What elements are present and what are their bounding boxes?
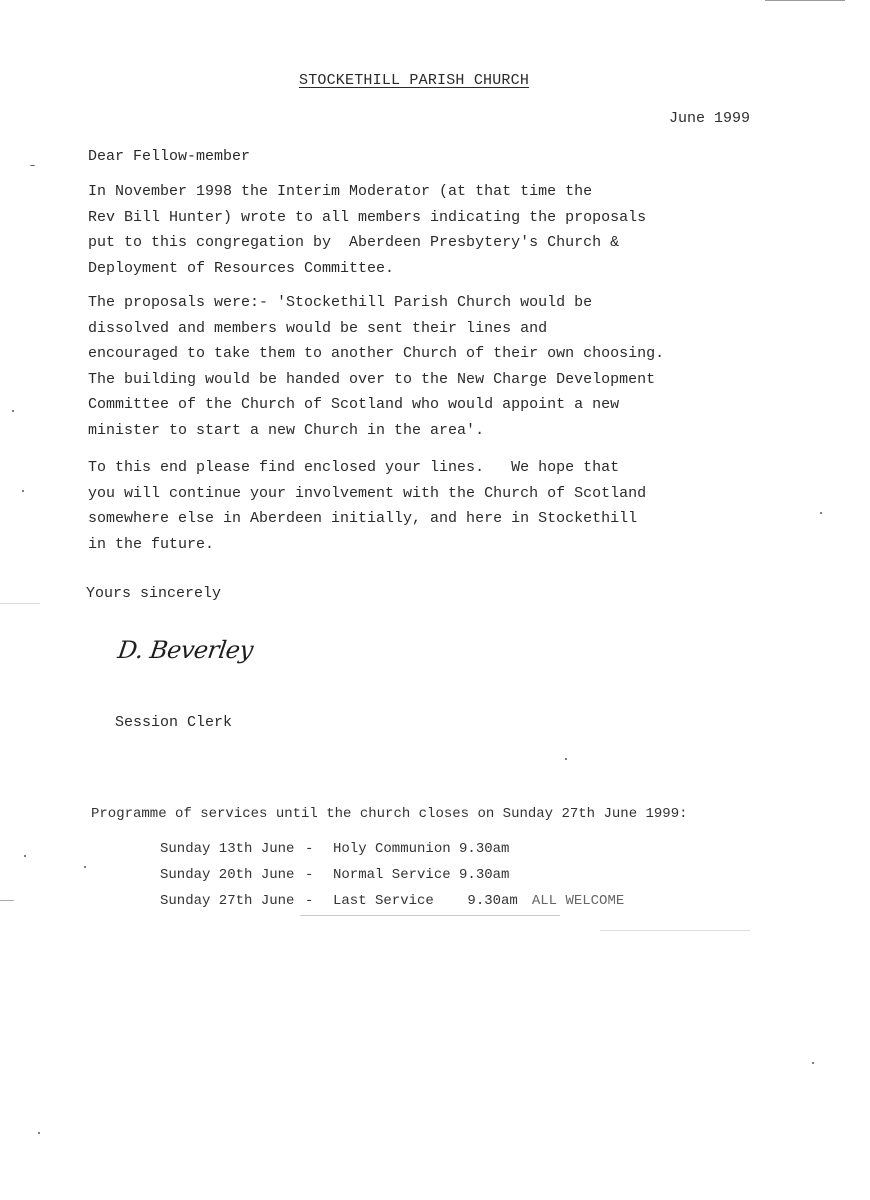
scan-speck xyxy=(812,1062,814,1064)
service-date: Sunday 20th June xyxy=(160,867,305,893)
scan-speck xyxy=(12,410,14,412)
service-row: Sunday 13th June - Holy Communion 9.30am xyxy=(160,841,624,867)
service-row: Sunday 20th June - Normal Service 9.30am xyxy=(160,867,624,893)
programme-heading: Programme of services until the church c… xyxy=(91,806,688,822)
service-description: Holy Communion 9.30am xyxy=(333,841,509,867)
salutation: Dear Fellow-member xyxy=(88,148,250,165)
scan-artifact xyxy=(0,603,40,604)
scan-speck xyxy=(22,490,24,492)
services-list: Sunday 13th June - Holy Communion 9.30am… xyxy=(160,841,624,919)
scan-speck xyxy=(30,165,35,166)
paragraph-1: In November 1998 the Interim Moderator (… xyxy=(88,179,808,281)
service-dash: - xyxy=(305,867,333,893)
scan-artifact xyxy=(765,0,845,1)
service-date: Sunday 27th June xyxy=(160,893,305,919)
service-date: Sunday 13th June xyxy=(160,841,305,867)
scan-artifact xyxy=(0,900,14,901)
scan-speck xyxy=(84,866,86,868)
scan-speck xyxy=(565,758,567,760)
signature: D. Beverley xyxy=(116,636,255,664)
paragraph-3: To this end please find enclosed your li… xyxy=(88,455,808,557)
scan-artifact xyxy=(600,930,750,931)
scan-speck xyxy=(24,855,26,857)
service-dash: - xyxy=(305,841,333,867)
paragraph-2: The proposals were:- 'Stockethill Parish… xyxy=(88,290,808,443)
scan-speck xyxy=(820,512,822,514)
letter-page: STOCKETHILL PARISH CHURCH June 1999 Dear… xyxy=(0,0,870,1200)
service-description: Normal Service 9.30am xyxy=(333,867,509,893)
letter-title: STOCKETHILL PARISH CHURCH xyxy=(299,72,529,89)
signatory-role: Session Clerk xyxy=(115,714,232,731)
scan-artifact xyxy=(300,915,560,916)
letter-date: June 1999 xyxy=(669,110,750,127)
closing: Yours sincerely xyxy=(86,585,221,602)
scan-speck xyxy=(38,1132,40,1134)
